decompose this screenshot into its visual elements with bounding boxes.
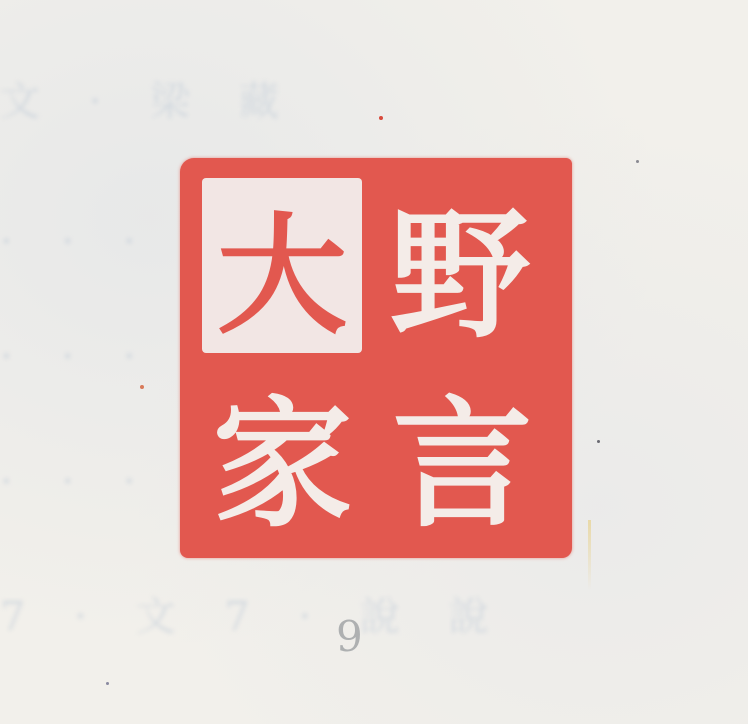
dust-speck (597, 440, 600, 443)
show-through-text: 文 · 梁 藏 (0, 70, 748, 120)
dust-speck (636, 160, 639, 163)
seal-character: 家 (200, 363, 365, 543)
seal-character: 言 (375, 363, 550, 543)
ink-speck (140, 385, 144, 389)
seal-character: 大 (202, 178, 362, 353)
seal-character: 野 (370, 174, 550, 354)
paper-crease (588, 520, 591, 590)
page-number-mark: 6 (336, 610, 363, 659)
dust-speck (106, 682, 109, 685)
show-through-text: 7 · 文 7 · 說 說 (0, 585, 748, 635)
ink-speck (379, 116, 383, 120)
red-seal-impression: 大 野 家 言 (180, 158, 572, 558)
